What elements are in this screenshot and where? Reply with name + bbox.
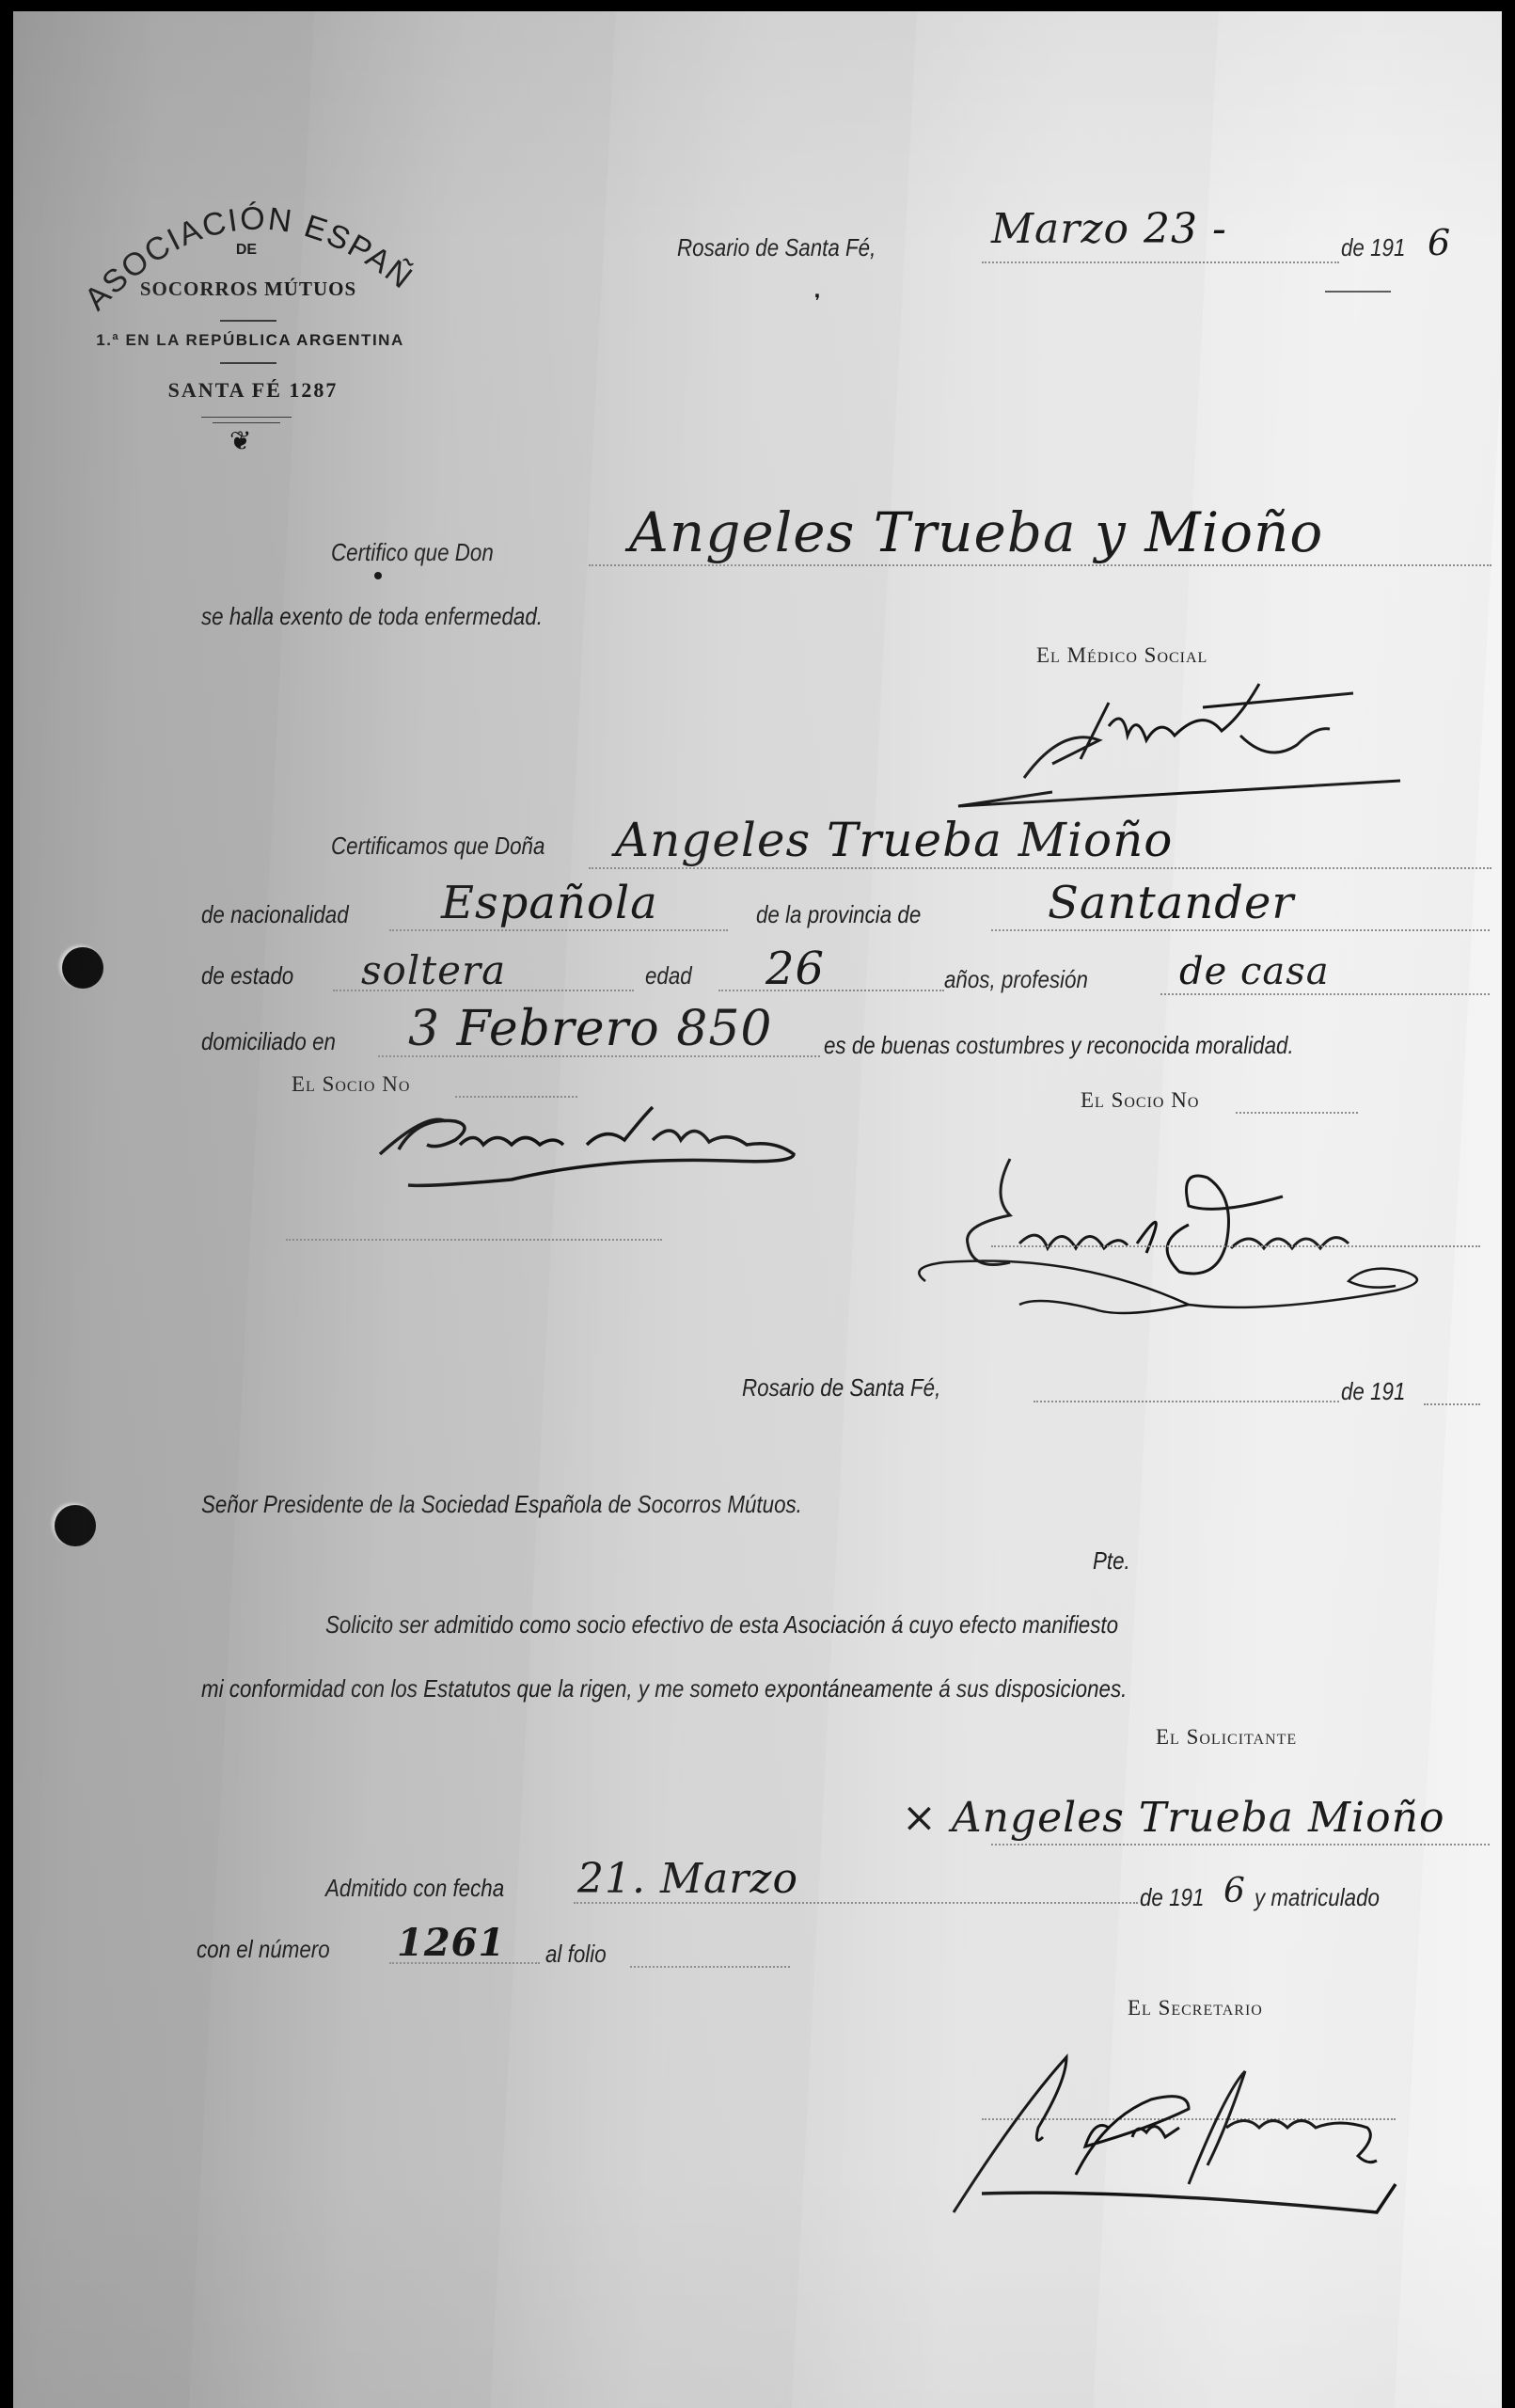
header-year-prefix: de 191 xyxy=(1341,233,1405,262)
admission-label-folio: al folio xyxy=(545,1940,607,1969)
member-label-address: domiciliado en xyxy=(201,1027,336,1056)
letterhead-socorros: SOCORROS MÚTUOS xyxy=(126,277,371,301)
header-date-prefix: Rosario de Santa Fé, xyxy=(677,233,876,262)
header-date-handwritten: Marzo 23 - xyxy=(991,205,1227,253)
ink-mark: ❜ xyxy=(814,290,820,313)
member-name-line xyxy=(589,867,1491,869)
sponsor-right-signature-line xyxy=(991,1245,1480,1247)
header-underline xyxy=(1325,291,1391,293)
admission-date: 21. Marzo xyxy=(577,1855,798,1903)
applicant-signature-line xyxy=(991,1844,1490,1846)
letterhead-rule xyxy=(213,422,280,423)
admission-year-handwritten: 6 xyxy=(1223,1872,1246,1910)
medical-signature: A. Martino xyxy=(958,670,1466,816)
member-nationality: Española xyxy=(441,877,658,929)
punch-hole xyxy=(55,1505,96,1546)
sponsor-left-label: El Socio No xyxy=(292,1072,410,1097)
letterhead-rule xyxy=(220,362,276,364)
age-line xyxy=(718,990,944,991)
admission-label-number: con el número xyxy=(197,1935,330,1964)
letterhead-de: DE xyxy=(209,242,284,259)
member-label-name: Certificamos que Doña xyxy=(331,832,544,861)
fleuron-icon: ❦ xyxy=(229,425,251,456)
province-line xyxy=(991,929,1490,931)
medical-name-line xyxy=(589,564,1491,566)
medical-signer-title: El Médico Social xyxy=(1036,643,1207,668)
application-year-line xyxy=(1424,1403,1480,1405)
member-profession: de casa xyxy=(1179,950,1330,993)
member-status: soltera xyxy=(361,947,506,993)
member-label-morality: es de buenas costumbres y reconocida mor… xyxy=(824,1031,1294,1060)
admission-label-registered: y matriculado xyxy=(1255,1883,1380,1912)
application-date-suffix: de 191 xyxy=(1341,1377,1405,1406)
sponsor-left-signature: Ramón del Arco xyxy=(371,1102,841,1211)
application-date-line xyxy=(1034,1401,1339,1402)
letterhead-address: SANTA FÉ 1287 xyxy=(126,378,380,403)
sponsor-right-label: El Socio No xyxy=(1081,1088,1199,1113)
ink-dot xyxy=(374,572,382,579)
medical-label: Certifico que Don xyxy=(331,538,494,567)
application-date-prefix: Rosario de Santa Fé, xyxy=(742,1373,940,1402)
secretary-signature: J. E. Ruiz Jiménez xyxy=(944,2034,1414,2226)
letterhead-rule xyxy=(201,417,292,418)
member-address: 3 Febrero 850 xyxy=(408,1001,773,1057)
member-label-province: de la provincia de xyxy=(756,900,921,929)
application-body-line1: Solicito ser admitido como socio efectiv… xyxy=(325,1610,1118,1640)
medical-statement: se halla exento de toda enfermedad. xyxy=(201,602,543,631)
member-name: Angeles Trueba Mioño xyxy=(615,813,1173,867)
member-province: Santander xyxy=(1048,877,1294,929)
admission-label-year: de 191 xyxy=(1140,1883,1204,1912)
sponsor-right-signature: Evaristo Fernández xyxy=(907,1140,1490,1333)
sponsor-left-signature-line xyxy=(286,1239,662,1241)
applicant-signer-title: El Solicitante xyxy=(1156,1725,1297,1750)
applicant-signature: × Angeles Trueba Mioño xyxy=(902,1794,1444,1842)
nationality-line xyxy=(389,929,728,931)
member-label-nationality: de nacionalidad xyxy=(201,900,349,929)
sponsor-left-number-line xyxy=(455,1096,577,1098)
secretary-signer-title: El Secretario xyxy=(1128,1996,1263,2020)
admission-number: 1261 xyxy=(397,1921,505,1965)
punch-hole xyxy=(62,947,103,989)
sponsor-right-number-line xyxy=(1236,1112,1358,1114)
application-addressee: Señor Presidente de la Sociedad Española… xyxy=(201,1490,802,1519)
member-label-years: años, profesión xyxy=(944,965,1088,994)
application-body-line2: mi conformidad con los Estatutos que la … xyxy=(201,1674,1127,1703)
medical-handwritten-name: Angeles Trueba y Mioño xyxy=(629,500,1323,564)
admission-label-date: Admitido con fecha xyxy=(325,1874,504,1903)
member-label-status: de estado xyxy=(201,961,293,990)
header-date-line xyxy=(982,261,1339,263)
member-age: 26 xyxy=(765,943,825,995)
header-year-handwritten: 6 xyxy=(1428,222,1451,263)
letterhead-rule xyxy=(220,320,276,322)
profession-line xyxy=(1160,993,1490,995)
application-pte: Pte. xyxy=(1093,1546,1130,1576)
letterhead-republica: 1.ª EN LA REPÚBLICA ARGENTINA xyxy=(62,331,438,350)
document-page: ASOCIACIÓN ESPAÑOLA DE SOCORROS MÚTUOS 1… xyxy=(13,11,1502,2408)
admission-folio-line xyxy=(630,1966,790,1968)
member-label-age: edad xyxy=(645,961,692,990)
